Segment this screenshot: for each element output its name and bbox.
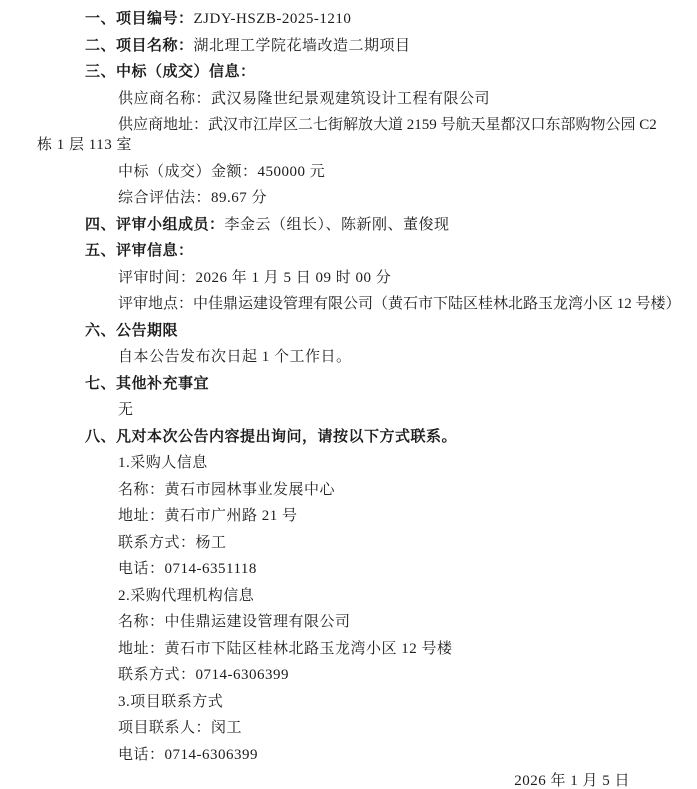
announcement-period-line: 自本公告发布次日起 1 个工作日。: [0, 347, 697, 367]
agency-address-line: 地址：黄石市下陆区桂林北路玉龙湾小区 12 号楼: [0, 639, 697, 659]
supplier-address-text: 供应商地址：武汉市江岸区二七街解放大道 2159 号航天星都汉口东部购物公园 C…: [118, 117, 657, 133]
purchaser-phone-text: 电话：0714-6351118: [118, 561, 257, 577]
review-info-heading: 五、评审信息：: [0, 241, 697, 261]
project-contact-person-line: 项目联系人：闵工: [0, 718, 697, 738]
announcement-date: 2026 年 1 月 5 日: [0, 771, 697, 789]
agency-info-heading: 2.采购代理机构信息: [0, 586, 697, 606]
purchaser-name-line: 名称：黄石市园林事业发展中心: [0, 480, 697, 500]
review-location-line: 评审地点：中佳鼎运建设管理有限公司（黄石市下陆区桂林北路玉龙湾小区 12 号楼）: [0, 294, 697, 314]
purchaser-contact-text: 联系方式：杨工: [118, 535, 227, 551]
project-contact-person-text: 项目联系人：闵工: [118, 720, 242, 736]
supplier-address-wrap-line: 栋 1 层 113 室: [0, 135, 697, 155]
review-location-text: 评审地点：中佳鼎运建设管理有限公司（黄石市下陆区桂林北路玉龙湾小区 12 号楼）: [118, 296, 681, 312]
evaluation-method-text: 综合评估法：89.67 分: [118, 190, 267, 206]
project-contact-phone-line: 电话：0714-6306399: [0, 745, 697, 765]
review-time-line: 评审时间：2026 年 1 月 5 日 09 时 00 分: [0, 268, 697, 288]
project-contact-heading: 3.项目联系方式: [0, 692, 697, 712]
project-number-value: ZJDY-HSZB-2025-1210: [194, 11, 352, 27]
award-amount-line: 中标（成交）金额：450000 元: [0, 162, 697, 182]
supplier-name-text: 供应商名称：武汉易隆世纪景观建筑设计工程有限公司: [118, 91, 490, 107]
review-panel-line: 四、评审小组成员：李金云（组长）、陈新刚、董俊现: [0, 215, 697, 235]
purchaser-info-heading: 1.采购人信息: [0, 453, 697, 473]
announcement-date-text: 2026 年 1 月 5 日: [514, 773, 630, 789]
purchaser-info-heading-text: 1.采购人信息: [118, 455, 208, 471]
other-matters-line: 无: [0, 400, 697, 420]
project-contact-heading-text: 3.项目联系方式: [118, 694, 223, 710]
agency-name-line: 名称：中佳鼎运建设管理有限公司: [0, 612, 697, 632]
purchaser-address-line: 地址：黄石市广州路 21 号: [0, 506, 697, 526]
other-matters-heading-label: 七、其他补充事宜: [85, 376, 209, 392]
agency-contact-text: 联系方式：0714-6306399: [118, 667, 289, 683]
announcement-period-heading: 六、公告期限: [0, 321, 697, 341]
announcement-period-heading-label: 六、公告期限: [85, 323, 178, 339]
project-name-label: 二、项目名称：: [85, 38, 194, 54]
project-name-line: 二、项目名称：湖北理工学院花墙改造二期项目: [0, 36, 697, 56]
supplier-address-line: 供应商地址：武汉市江岸区二七街解放大道 2159 号航天星都汉口东部购物公园 C…: [0, 115, 697, 135]
agency-name-text: 名称：中佳鼎运建设管理有限公司: [118, 614, 351, 630]
contact-heading: 八、凡对本次公告内容提出询问，请按以下方式联系。: [0, 427, 697, 447]
project-number-line: 一、项目编号：ZJDY-HSZB-2025-1210: [0, 9, 697, 29]
agency-contact-line: 联系方式：0714-6306399: [0, 665, 697, 685]
review-panel-value: 李金云（组长）、陈新刚、董俊现: [225, 217, 450, 233]
agency-address-text: 地址：黄石市下陆区桂林北路玉龙湾小区 12 号楼: [118, 641, 453, 657]
other-matters-text: 无: [118, 402, 134, 418]
award-info-heading: 三、中标（成交）信息：: [0, 62, 697, 82]
award-amount-text: 中标（成交）金额：450000 元: [118, 164, 325, 180]
supplier-address-wrap-text: 栋 1 层 113 室: [37, 137, 132, 153]
evaluation-method-line: 综合评估法：89.67 分: [0, 188, 697, 208]
project-number-label: 一、项目编号：: [85, 11, 194, 27]
project-contact-phone-text: 电话：0714-6306399: [118, 747, 258, 763]
purchaser-address-text: 地址：黄石市广州路 21 号: [118, 508, 298, 524]
agency-info-heading-text: 2.采购代理机构信息: [118, 588, 254, 604]
award-info-heading-label: 三、中标（成交）信息：: [85, 64, 256, 80]
announcement-document: 一、项目编号：ZJDY-HSZB-2025-1210 二、项目名称：湖北理工学院…: [0, 0, 697, 789]
purchaser-contact-line: 联系方式：杨工: [0, 533, 697, 553]
review-info-heading-label: 五、评审信息：: [85, 243, 194, 259]
supplier-name-line: 供应商名称：武汉易隆世纪景观建筑设计工程有限公司: [0, 89, 697, 109]
contact-heading-label: 八、凡对本次公告内容提出询问，请按以下方式联系。: [85, 429, 457, 445]
purchaser-name-text: 名称：黄石市园林事业发展中心: [118, 482, 335, 498]
review-panel-label: 四、评审小组成员：: [85, 217, 225, 233]
project-name-value: 湖北理工学院花墙改造二期项目: [194, 38, 411, 54]
review-time-text: 评审时间：2026 年 1 月 5 日 09 时 00 分: [118, 270, 391, 286]
other-matters-heading: 七、其他补充事宜: [0, 374, 697, 394]
purchaser-phone-line: 电话：0714-6351118: [0, 559, 697, 579]
announcement-period-text: 自本公告发布次日起 1 个工作日。: [118, 349, 352, 365]
